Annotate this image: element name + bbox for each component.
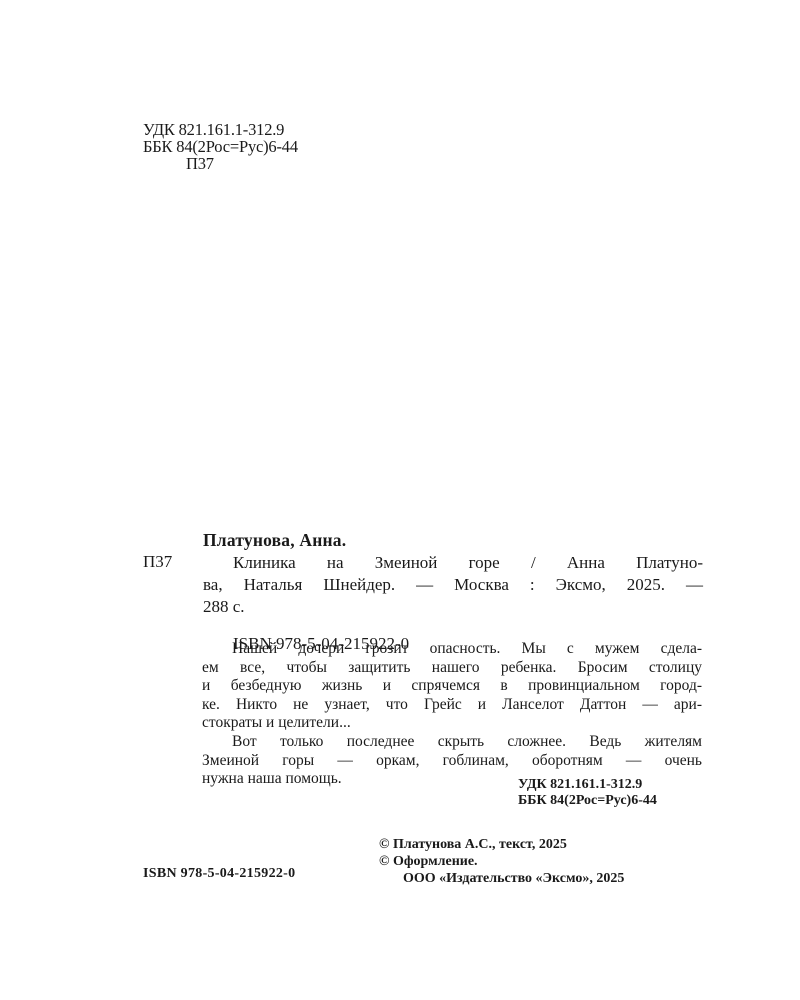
author-heading: Платунова, Анна. [203, 530, 346, 551]
classification-codes-top: УДК 821.161.1-312.9 ББК 84(2Рос=Рус)6-44… [143, 121, 298, 172]
description-line: Клиника на Змеиной горе / Анна Платуно- [203, 552, 703, 574]
copyright-text: © Платунова А.С., текст, 2025 [379, 836, 624, 853]
udk-code: УДК 821.161.1-312.9 [143, 121, 298, 138]
isbn-bottom: ISBN 978-5-04-215922-0 [143, 866, 295, 882]
classification-codes-bottom: УДК 821.161.1-312.9 ББК 84(2Рос=Рус)6-44 [518, 777, 657, 808]
bbk-code: ББК 84(2Рос=Рус)6-44 [518, 793, 657, 809]
annotation-line: и безбедную жизнь и спрячемся в провинци… [202, 677, 702, 696]
annotation-line: ем все, чтобы защитить нашего ребенка. Б… [202, 659, 702, 678]
annotation: Нашей дочери грозит опасность. Мы с муже… [202, 640, 702, 789]
copyright-publisher: ООО «Издательство «Эксмо», 2025 [379, 870, 624, 887]
copyright-design: © Оформление. [379, 853, 624, 870]
author-mark: П37 [143, 155, 298, 172]
annotation-line: Вот только последнее скрыть сложнее. Вед… [202, 733, 702, 752]
description-line: ва, Наталья Шнейдер. — Москва : Эксмо, 2… [203, 574, 703, 596]
annotation-line: ке. Никто не узнает, что Грейс и Лансело… [202, 696, 702, 715]
description-line: 288 с. [203, 596, 703, 618]
index-code: П37 [143, 552, 172, 572]
bibliographic-description: Клиника на Змеиной горе / Анна Платуно- … [203, 552, 703, 618]
annotation-line: Нашей дочери грозит опасность. Мы с муже… [202, 640, 702, 659]
annotation-line: Змеиной горы — оркам, гоблинам, оборотня… [202, 752, 702, 771]
udk-code: УДК 821.161.1-312.9 [518, 777, 657, 793]
copyright-block: © Платунова А.С., текст, 2025 © Оформлен… [379, 836, 624, 887]
annotation-line: стократы и целители... [202, 714, 702, 733]
bbk-code: ББК 84(2Рос=Рус)6-44 [143, 138, 298, 155]
